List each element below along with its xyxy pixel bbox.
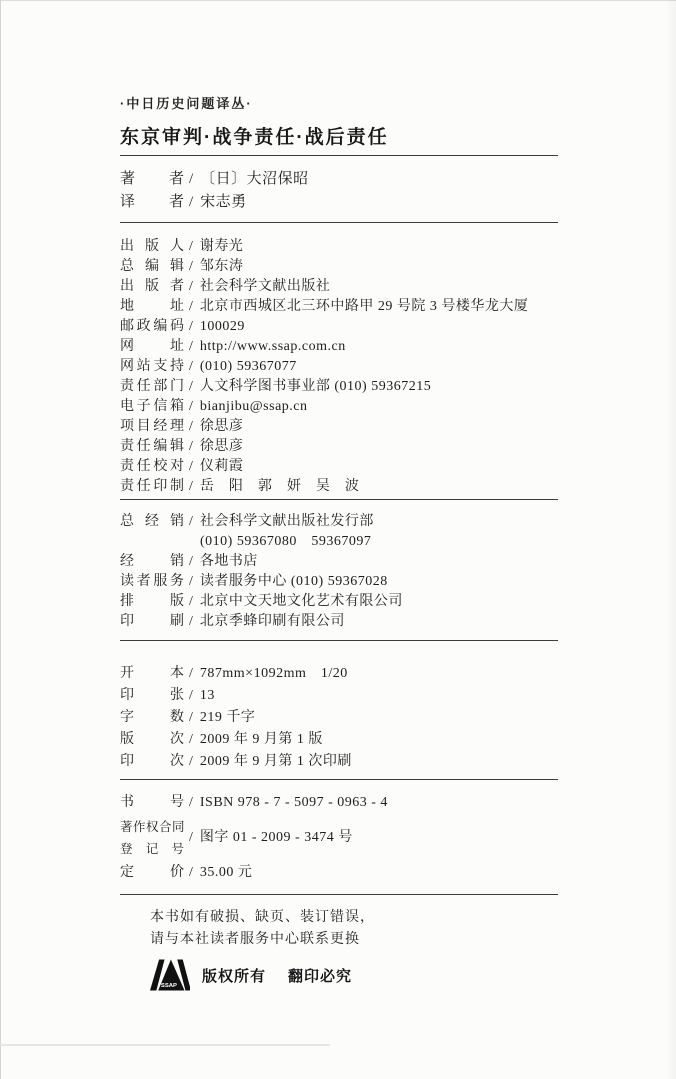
format-row: 印张/13 — [120, 685, 558, 707]
authors-block: 著者/〔日〕大沼保昭 译者/宋志勇 — [120, 156, 558, 222]
field-value: bianjibu@ssap.cn — [200, 399, 308, 414]
field-separator: / — [189, 257, 193, 277]
field-value: 岳 阳 郭 妍 吴 波 — [200, 479, 360, 494]
field-separator: / — [189, 191, 193, 214]
field-label: 责任编辑 — [120, 437, 184, 457]
field-label: 网址 — [120, 337, 184, 357]
field-value: 各地书店 — [200, 554, 258, 569]
field-separator: / — [189, 707, 193, 729]
field-label: 地址 — [120, 297, 184, 317]
field-value: 787mm×1092mm 1/20 — [200, 666, 348, 681]
field-label: 项目经理 — [120, 417, 184, 437]
publisher-row: 总编辑/邹东涛 — [120, 257, 558, 277]
publisher-block: 出版人/谢寿光 总编辑/邹东涛 出版者/社会科学文献出版社 地址/北京市西城区北… — [120, 223, 558, 499]
field-label: 经销 — [120, 552, 184, 572]
field-label-line2: 登记号 — [120, 838, 184, 860]
field-separator: / — [189, 168, 193, 191]
field-value: 邹东涛 — [200, 259, 244, 274]
distribution-block: 总经销/社会科学文献出版社发行部 (010) 59367080 59367097… — [120, 500, 558, 640]
format-row: 字数/219 千字 — [120, 707, 558, 729]
field-value: 宋志勇 — [200, 194, 247, 210]
field-separator: / — [189, 592, 193, 612]
field-label-line1: 著作权合同 — [120, 816, 184, 838]
field-label: 著作权合同登记号 — [120, 816, 184, 860]
field-value: 〔日〕大沼保昭 — [200, 171, 309, 187]
field-separator: / — [189, 457, 193, 477]
field-value: 35.00 元 — [200, 865, 253, 880]
field-separator: / — [189, 552, 193, 572]
field-separator: / — [189, 477, 193, 497]
field-separator: / — [189, 417, 193, 437]
field-label: 印次 — [120, 751, 184, 773]
colophon-page: ·中日历史问题译丛· 东京审判·战争责任·战后责任 著者/〔日〕大沼保昭 译者/… — [120, 0, 558, 991]
format-row: 开本/787mm×1092mm 1/20 — [120, 663, 558, 685]
distribution-row: 排版/北京中文天地文化艺术有限公司 — [120, 592, 558, 612]
field-value: (010) 59367077 — [200, 359, 297, 374]
publisher-row: 网址/http://www.ssap.com.cn — [120, 337, 558, 357]
author-row: 著者/〔日〕大沼保昭 — [120, 168, 558, 191]
scan-artifact-line — [0, 1044, 330, 1046]
notice-line: 请与本社读者服务中心联系更换 — [150, 929, 558, 951]
field-label: 出版者 — [120, 277, 184, 297]
field-value: 图字 01 - 2009 - 3474 号 — [200, 827, 353, 849]
publisher-row: 网站支持/(010) 59367077 — [120, 357, 558, 377]
field-value: (010) 59367080 59367097 — [200, 534, 371, 549]
field-label: 书号 — [120, 792, 184, 814]
copyright-registration-row: 著作权合同登记号 / 图字 01 - 2009 - 3474 号 — [120, 814, 558, 862]
field-separator: / — [189, 729, 193, 751]
format-row: 版次/2009 年 9 月第 1 版 — [120, 729, 558, 751]
field-separator: / — [189, 827, 193, 849]
field-separator: / — [189, 377, 193, 397]
format-block: 开本/787mm×1092mm 1/20 印张/13 字数/219 千字 版次/… — [120, 641, 558, 779]
distribution-row: 经销/各地书店 — [120, 552, 558, 572]
publisher-row: 责任校对/仪莉霞 — [120, 457, 558, 477]
isbn-row: 书号/ISBN 978 - 7 - 5097 - 0963 - 4 — [120, 792, 558, 814]
field-separator: / — [189, 572, 193, 592]
field-separator: / — [189, 612, 193, 632]
field-separator: / — [189, 357, 193, 377]
book-title: 东京审判·战争责任·战后责任 — [120, 126, 558, 150]
format-row: 印次/2009 年 9 月第 1 次印刷 — [120, 751, 558, 773]
field-value: 13 — [200, 688, 215, 703]
publisher-row: 责任编辑/徐思彦 — [120, 437, 558, 457]
field-value: 徐思彦 — [200, 419, 244, 434]
field-value: 谢寿光 — [200, 239, 244, 254]
field-label: 责任部门 — [120, 377, 184, 397]
publisher-row: 责任印制/岳 阳 郭 妍 吴 波 — [120, 477, 558, 497]
field-label: 开本 — [120, 663, 184, 685]
field-value: 社会科学文献出版社发行部 — [200, 514, 374, 529]
field-label: 印刷 — [120, 612, 184, 632]
ssap-publisher-logo-icon: SSAP — [150, 959, 190, 991]
field-value: 2009 年 9 月第 1 版 — [200, 732, 323, 747]
field-separator: / — [189, 663, 193, 685]
publisher-row: 出版者/社会科学文献出版社 — [120, 277, 558, 297]
price-row: 定价/35.00 元 — [120, 862, 558, 884]
copyright-statement: 版权所有翻印必究 — [202, 965, 352, 986]
field-label: 网站支持 — [120, 357, 184, 377]
field-value: http://www.ssap.com.cn — [200, 339, 346, 354]
copyright-left: 版权所有 — [202, 968, 266, 985]
field-label: 总经销 — [120, 512, 184, 532]
field-value: 100029 — [200, 319, 245, 334]
scan-shadow-right — [666, 0, 676, 1079]
damage-notice: 本书如有破损、缺页、装订错误， 请与本社读者服务中心联系更换 — [120, 895, 558, 951]
isbn-block: 书号/ISBN 978 - 7 - 5097 - 0963 - 4 著作权合同登… — [120, 780, 558, 894]
field-label: 责任校对 — [120, 457, 184, 477]
notice-line: 本书如有破损、缺页、装订错误， — [150, 907, 558, 929]
field-label: 定价 — [120, 862, 184, 884]
field-label: 责任印制 — [120, 477, 184, 497]
field-separator: / — [189, 792, 193, 814]
field-label: 邮政编码 — [120, 317, 184, 337]
field-label: 出版人 — [120, 237, 184, 257]
publisher-row: 地址/北京市西城区北三环中路甲 29 号院 3 号楼华龙大厦 — [120, 297, 558, 317]
series-label: ·中日历史问题译丛· — [120, 96, 558, 112]
distribution-row: 总经销/社会科学文献出版社发行部 — [120, 512, 558, 532]
field-separator: / — [189, 751, 193, 773]
copyright-right: 翻印必究 — [288, 968, 352, 985]
field-label: 译者 — [120, 191, 184, 214]
field-separator: / — [189, 337, 193, 357]
publisher-row: 电子信箱/bianjibu@ssap.cn — [120, 397, 558, 417]
field-separator: / — [189, 397, 193, 417]
field-separator: / — [189, 685, 193, 707]
logo-text: SSAP — [161, 983, 177, 989]
field-separator: / — [189, 297, 193, 317]
field-label: 字数 — [120, 707, 184, 729]
field-value: 读者服务中心 (010) 59367028 — [200, 574, 388, 589]
field-value: ISBN 978 - 7 - 5097 - 0963 - 4 — [200, 795, 388, 810]
field-value: 2009 年 9 月第 1 次印刷 — [200, 754, 352, 769]
translator-row: 译者/宋志勇 — [120, 191, 558, 214]
field-label: 总编辑 — [120, 257, 184, 277]
field-label: 著者 — [120, 168, 184, 191]
field-value: 北京季蜂印刷有限公司 — [200, 614, 345, 629]
field-value: 219 千字 — [200, 710, 256, 725]
field-value: 北京市西城区北三环中路甲 29 号院 3 号楼华龙大厦 — [200, 299, 529, 314]
field-label: 排版 — [120, 592, 184, 612]
field-separator: / — [189, 237, 193, 257]
field-value: 社会科学文献出版社 — [200, 279, 331, 294]
field-label: 版次 — [120, 729, 184, 751]
publisher-row: 邮政编码/100029 — [120, 317, 558, 337]
field-label: 电子信箱 — [120, 397, 184, 417]
field-separator: / — [189, 277, 193, 297]
publisher-row: 项目经理/徐思彦 — [120, 417, 558, 437]
field-separator: / — [189, 437, 193, 457]
field-separator: / — [189, 862, 193, 884]
distribution-row: 印刷/北京季蜂印刷有限公司 — [120, 612, 558, 632]
copyright-line: SSAP 版权所有翻印必究 — [120, 959, 558, 991]
field-value: 人文科学图书事业部 (010) 59367215 — [200, 379, 431, 394]
field-separator: / — [189, 512, 193, 532]
field-label: 印张 — [120, 685, 184, 707]
publisher-row: 出版人/谢寿光 — [120, 237, 558, 257]
field-label: 读者服务 — [120, 572, 184, 592]
field-separator: / — [189, 317, 193, 337]
distribution-row: 读者服务/读者服务中心 (010) 59367028 — [120, 572, 558, 592]
field-value: 北京中文天地文化艺术有限公司 — [200, 594, 403, 609]
distribution-phone-row: (010) 59367080 59367097 — [120, 532, 558, 552]
publisher-row: 责任部门/人文科学图书事业部 (010) 59367215 — [120, 377, 558, 397]
field-value: 徐思彦 — [200, 439, 244, 454]
field-value: 仪莉霞 — [200, 459, 244, 474]
